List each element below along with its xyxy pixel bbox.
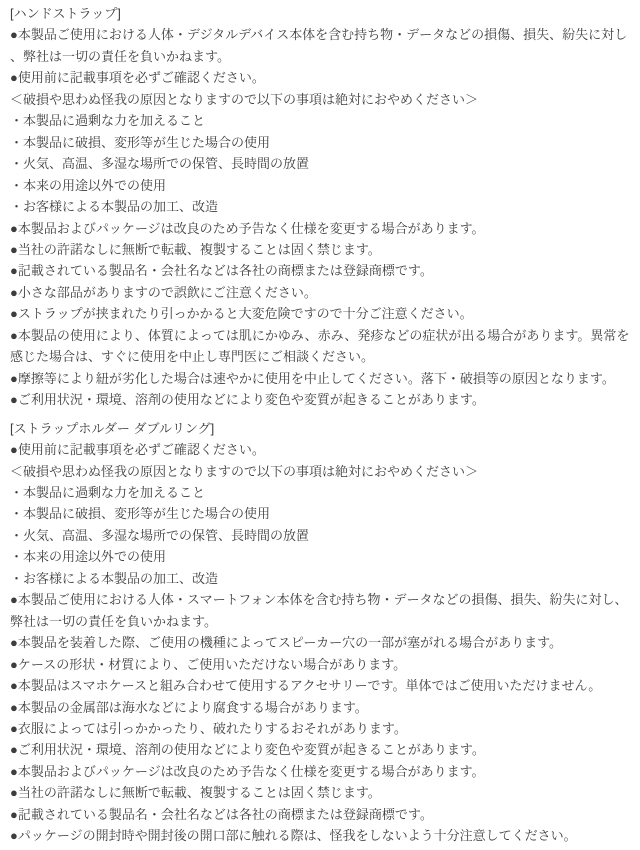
text-line: ●本製品ご使用における人体・スマートフォン本体を含む持ち物・データなどの損傷、損… [10,589,634,610]
text-line: ・本来の用途以外での使用 [10,175,634,196]
text-line: ●記載されている製品名・会社名などは各社の商標または登録商標です。 [10,804,634,825]
text-line: ●当社の許諾なしに無断で転載、複製することは固く禁じます。 [10,239,634,260]
text-line: ●本製品の使用により、体質によっては肌にかゆみ、赤み、発疹などの症状が出る場合が… [10,325,634,346]
text-line: ●本製品を装着した際、ご使用の機種によってスピーカー穴の一部が塞がれる場合があり… [10,632,634,653]
section-body-hand-strap: ●本製品ご使用における人体・デジタルデバイス本体を含む持ち物・データなどの損傷、… [10,24,634,410]
text-line: ●本製品およびパッケージは改良のため予告なく仕様を変更する場合があります。 [10,218,634,239]
section-hand-strap: [ハンドストラップ] ●本製品ご使用における人体・デジタルデバイス本体を含む持ち… [10,3,634,411]
text-line: ●当社の許諾なしに無断で転載、複製することは固く禁じます。 [10,782,634,803]
text-line: ・本製品に破損、変形等が生じた場合の使用 [10,132,634,153]
section-strap-holder-double-ring: [ストラップホルダー ダブルリング] ●使用前に記載事項を必ずご確認ください。＜… [10,418,634,847]
text-line: ●衣服によっては引っかかったり、破れたりするおそれがあります。 [10,718,634,739]
text-line: ・本製品に過剰な力を加えること [10,482,634,503]
section-title-hand-strap: [ハンドストラップ] [10,3,634,24]
text-line: ●本製品の金属部は海水などにより腐食する場合があります。 [10,697,634,718]
text-line: ●摩擦等により紐が劣化した場合は速やかに使用を中止してください。落下・破損等の原… [10,368,634,389]
text-line: ●ケースの形状・材質により、ご使用いただけない場合があります。 [10,654,634,675]
text-line: ・本製品に破損、変形等が生じた場合の使用 [10,503,634,524]
text-line: ・火気、高温、多湿な場所での保管、長時間の放置 [10,153,634,174]
text-line: ＜破損や思わぬ怪我の原因となりますので以下の事項は絶対におやめください＞ [10,89,634,110]
text-line: ・お客様による本製品の加工、改造 [10,196,634,217]
text-line: ・火気、高温、多湿な場所での保管、長時間の放置 [10,525,634,546]
text-line: ●使用前に記載事項を必ずご確認ください。 [10,67,634,88]
section-title-strap-holder-double-ring: [ストラップホルダー ダブルリング] [10,418,634,439]
text-line: ●ストラップが挟まれたり引っかかると大変危険ですので十分ご注意ください。 [10,303,634,324]
text-line: ・本来の用途以外での使用 [10,546,634,567]
text-line: 感じた場合は、すぐに使用を中止し専門医にご相談ください。 [10,346,634,367]
text-line: 、弊社は一切の責任を負いかねます。 [10,46,634,67]
text-line: ●使用前に記載事項を必ずご確認ください。 [10,439,634,460]
text-line: ・お客様による本製品の加工、改造 [10,568,634,589]
document-page: [ハンドストラップ] ●本製品ご使用における人体・デジタルデバイス本体を含む持ち… [0,0,640,850]
text-line: ●記載されている製品名・会社名などは各社の商標または登録商標です。 [10,260,634,281]
text-line: ●小さな部品がありますので誤飲にご注意ください。 [10,282,634,303]
text-line: 弊社は一切の責任を負いかねます。 [10,611,634,632]
text-line: ＜破損や思わぬ怪我の原因となりますので以下の事項は絶対におやめください＞ [10,461,634,482]
text-line: ●本製品ご使用における人体・デジタルデバイス本体を含む持ち物・データなどの損傷、… [10,24,634,45]
text-line: ・本製品に過剰な力を加えること [10,110,634,131]
text-line: ●ご利用状況・環境、溶剤の使用などにより変色や変質が起きることがあります。 [10,739,634,760]
text-line: ●本製品はスマホケースと組み合わせて使用するアクセサリーです。単体ではご使用いた… [10,675,634,696]
section-body-strap-holder-double-ring: ●使用前に記載事項を必ずご確認ください。＜破損や思わぬ怪我の原因となりますので以… [10,439,634,847]
text-line: ●パッケージの開封時や開封後の開口部に触れる際は、怪我をしないよう十分注意してく… [10,825,634,846]
text-line: ●本製品およびパッケージは改良のため予告なく仕様を変更する場合があります。 [10,761,634,782]
text-line: ●ご利用状況・環境、溶剤の使用などにより変色や変質が起きることがあります。 [10,389,634,410]
